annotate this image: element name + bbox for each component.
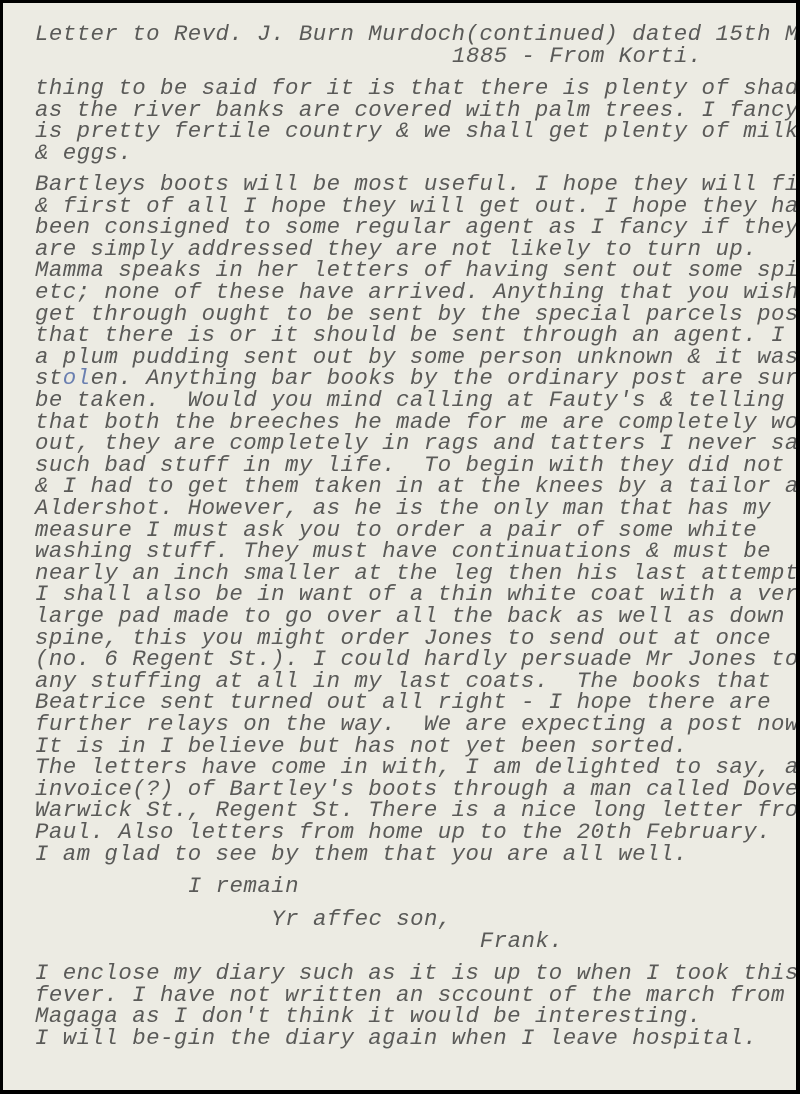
- text-line: been consigned to some regular agent as …: [35, 216, 796, 238]
- text-line: Aldershot. However, as he is the only ma…: [35, 497, 771, 519]
- heading-line: 1885 - From Korti.: [452, 45, 702, 67]
- postscript-line: I enclose my diary such as it is up to w…: [35, 962, 796, 984]
- text-line: Bartleys boots will be most useful. I ho…: [35, 173, 796, 195]
- text-line: Paul. Also letters from home up to the 2…: [35, 821, 771, 843]
- text-line: thing to be said for it is that there is…: [35, 77, 796, 99]
- text-line: & eggs.: [35, 142, 132, 164]
- heading-line: Letter to Revd. J. Burn Murdoch(continue…: [35, 23, 796, 45]
- postscript-line: I will be-gin the diary again when I lea…: [35, 1027, 757, 1049]
- text-line: be taken. Would you mind calling at Faut…: [35, 389, 796, 411]
- letter-page: Letter to Revd. J. Burn Murdoch(continue…: [3, 3, 796, 1090]
- text-line: large pad made to go over all the back a…: [35, 605, 796, 627]
- text-line: that there is or it should be sent throu…: [35, 324, 796, 346]
- text-line: etc; none of these have arrived. Anythin…: [35, 281, 796, 303]
- postscript-line: Magaga as I don't think it would be inte…: [35, 1005, 702, 1027]
- text-line: further relays on the way. We are expect…: [35, 713, 796, 735]
- text-line: out, they are completely in rags and tat…: [35, 432, 796, 454]
- closing-line: Yr affec son,: [271, 908, 452, 930]
- text-line: The letters have come in with, I am deli…: [35, 756, 796, 778]
- closing-line: Frank.: [480, 930, 563, 952]
- closing-line: I remain: [188, 875, 299, 897]
- text-line: I am glad to see by them that you are al…: [35, 843, 688, 865]
- text-line: is pretty fertile country & we shall get…: [35, 120, 796, 142]
- text-line: (no. 6 Regent St.). I could hardly persu…: [35, 648, 796, 670]
- text-line: washing stuff. They must have continuati…: [35, 540, 771, 562]
